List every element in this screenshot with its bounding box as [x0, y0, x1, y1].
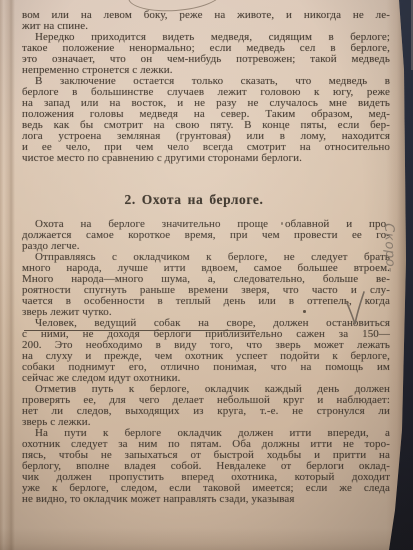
ink-speck	[281, 222, 283, 225]
book-page: вом или на левом боку, реже на животе, и…	[0, 0, 413, 550]
paragraph: На пути к берлоге окладчик должен итти в…	[22, 428, 390, 505]
section-heading: 2. Охота на берлоге.	[10, 192, 378, 207]
paragraph: Человек, ведущий собак на своре, должен …	[22, 318, 390, 384]
page-bottom-shadow	[0, 528, 413, 550]
text-line: не видно, то окладчик может направлять с…	[22, 494, 390, 505]
text-block: вом или на левом боку, реже на животе, и…	[22, 10, 390, 505]
pencil-checkmark-icon	[344, 288, 368, 330]
paragraph: В заключение остается только сказать, чт…	[22, 76, 390, 164]
paragraphs-top: вом или на левом боку, реже на животе, и…	[22, 10, 390, 164]
photo-background: вом или на левом боку, реже на животе, и…	[0, 0, 413, 550]
paragraph: Отправляясь с окладчиком к берлоге, не с…	[22, 252, 390, 318]
paragraphs-bottom: Охота на берлоге значительно проще облав…	[22, 219, 390, 505]
paragraph: Отметив путь к берлоге, окладчик каждый …	[22, 384, 390, 428]
paragraph: Охота на берлоге значительно проще облав…	[22, 219, 390, 252]
ink-speck	[303, 310, 306, 313]
paragraph: Нередко приходится видеть медведя, сидящ…	[22, 32, 390, 76]
text-line: чистое место по сравнению с другими стор…	[22, 153, 390, 164]
margin-handwriting: Скоро-	[381, 223, 398, 273]
paragraph: вом или на левом боку, реже на животе, и…	[22, 10, 390, 32]
page-left-edge	[0, 0, 15, 550]
